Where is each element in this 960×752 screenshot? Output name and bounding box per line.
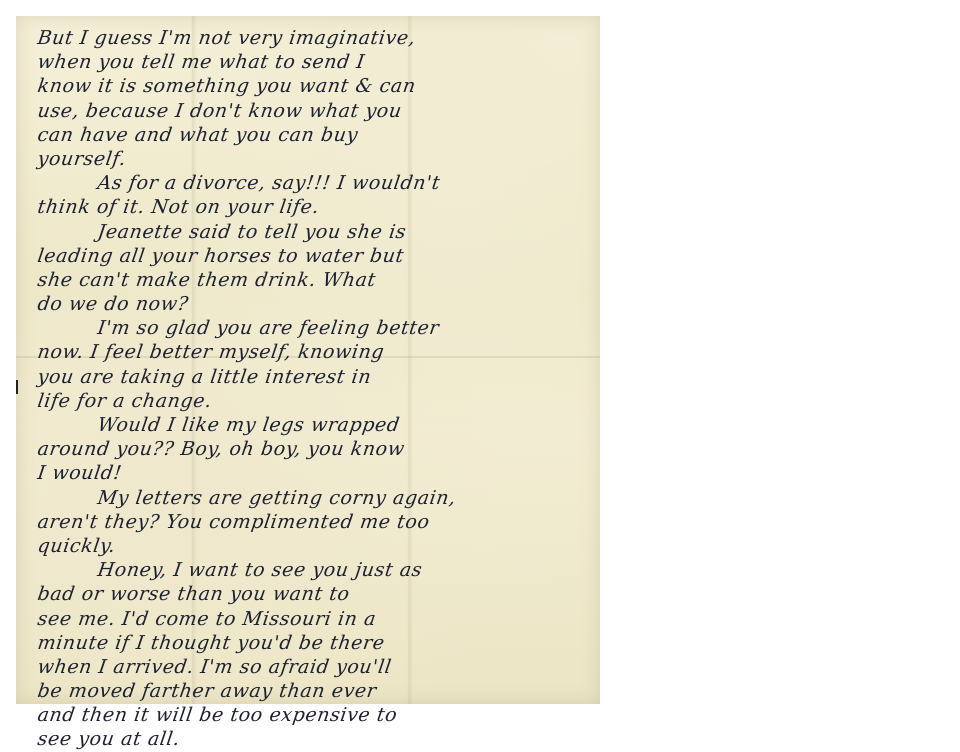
- handwritten-line: use, because I don't know what you: [36, 99, 599, 123]
- handwritten-line: when you tell me what to send I: [36, 50, 599, 74]
- handwritten-line: leading all your horses to water but: [36, 244, 599, 268]
- handwritten-line: she can't make them drink. What: [36, 268, 599, 292]
- handwritten-line: aren't they? You complimented me too: [36, 510, 599, 534]
- handwritten-line: Jeanette said to tell you she is: [36, 220, 599, 244]
- margin-mark: [16, 380, 18, 394]
- handwritten-line: As for a divorce, say!!! I wouldn't: [36, 171, 599, 195]
- handwritten-line: around you?? Boy, oh boy, you know: [36, 437, 599, 461]
- handwritten-line: can have and what you can buy: [36, 123, 599, 147]
- handwritten-line: I'm so glad you are feeling better: [36, 316, 599, 340]
- handwritten-line: minute if I thought you'd be there: [36, 631, 599, 655]
- handwritten-line: be moved farther away than ever: [36, 679, 599, 703]
- handwritten-line: Would I like my legs wrapped: [36, 413, 599, 437]
- handwritten-line: bad or worse than you want to: [36, 582, 599, 606]
- handwritten-line: But I guess I'm not very imaginative,: [36, 26, 599, 50]
- handwritten-line: think of it. Not on your life.: [36, 195, 599, 219]
- handwritten-line: do we do now?: [36, 292, 599, 316]
- handwritten-line: you are taking a little interest in: [36, 365, 599, 389]
- handwritten-line: see me. I'd come to Missouri in a: [36, 607, 599, 631]
- handwritten-line: know it is something you want & can: [36, 74, 599, 98]
- handwritten-text-body: But I guess I'm not very imaginative,whe…: [36, 26, 596, 720]
- handwritten-line: when I arrived. I'm so afraid you'll: [36, 655, 599, 679]
- letter-page: But I guess I'm not very imaginative,whe…: [16, 16, 600, 704]
- handwritten-line: My letters are getting corny again,: [36, 486, 599, 510]
- handwritten-line: quickly.: [36, 534, 599, 558]
- handwritten-line: and then it will be too expensive to: [36, 703, 599, 720]
- handwritten-line: yourself.: [36, 147, 599, 171]
- handwritten-line: now. I feel better myself, knowing: [36, 340, 599, 364]
- handwritten-line: life for a change.: [36, 389, 599, 413]
- handwritten-line: I would!: [36, 461, 599, 485]
- handwritten-line: Honey, I want to see you just as: [36, 558, 599, 582]
